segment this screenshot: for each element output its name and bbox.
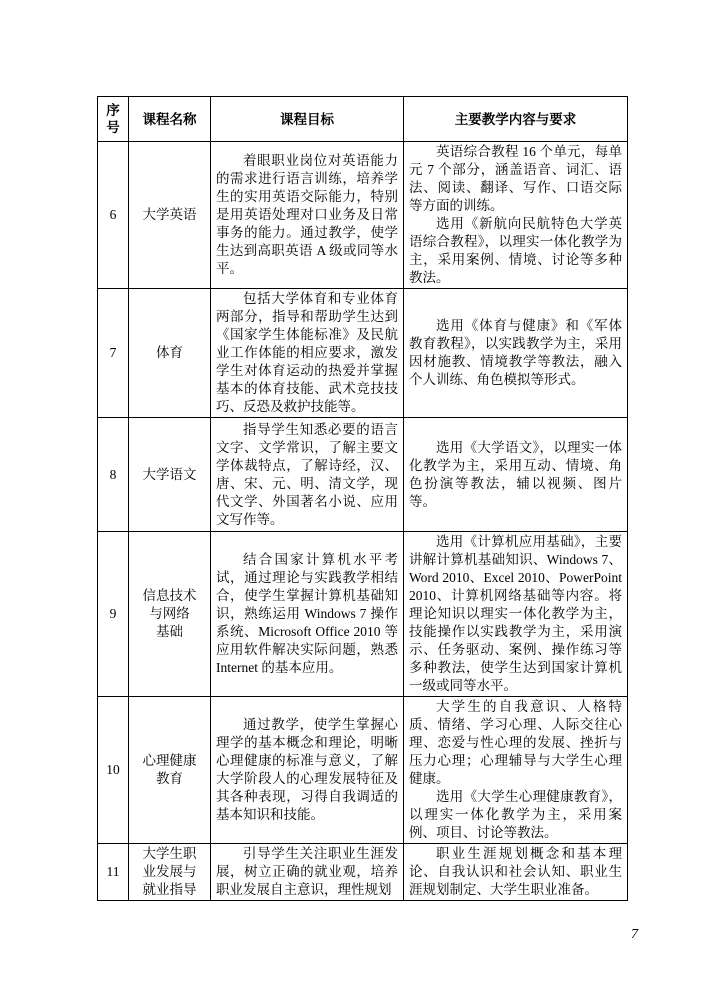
paragraph: 选用《计算机应用基础》，主要讲解计算机基础知识、Windows 7、Word 2… [409, 533, 622, 695]
paragraph: 包括大学体育和专业体育两部分，指导和帮助学生达到《国家学生体能标准》及民航业工作… [216, 290, 398, 416]
row-index: 7 [98, 289, 129, 418]
table-row: 10 心理健康 教育 通过教学，使学生掌握心理学的基本概念和理论，明晰心理健康的… [98, 697, 628, 844]
course-objective: 结合国家计算机水平考试，通过理论与实践教学相结合，使学生掌握计算机基础知识，熟练… [211, 532, 404, 697]
paragraph: 选用《新航向民航特色大学英语综合教程》，以理实一体化教学为主，采用案例、情境、讨… [409, 215, 622, 287]
course-objective: 通过教学，使学生掌握心理学的基本概念和理论，明晰心理健康的标准与意义，了解大学阶… [211, 697, 404, 844]
paragraph: 结合国家计算机水平考试，通过理论与实践教学相结合，使学生掌握计算机基础知识，熟练… [216, 551, 398, 677]
course-content: 英语综合教程 16 个单元，每单元 7 个部分，涵盖语音、词汇、语法、阅读、翻译… [404, 142, 628, 289]
course-content: 选用《计算机应用基础》，主要讲解计算机基础知识、Windows 7、Word 2… [404, 532, 628, 697]
paragraph: 选用《大学生心理健康教育》，以理实一体化教学为主，采用案例、项目、讨论等教法。 [409, 788, 622, 842]
row-index: 6 [98, 142, 129, 289]
row-index: 8 [98, 418, 129, 532]
course-content: 大学生的自我意识、人格特质、情绪、学习心理、人际交往心理、恋爱与性心理的发展、挫… [404, 697, 628, 844]
course-objective: 引导学生关注职业生涯发展，树立正确的就业观，培养职业发展自主意识，理性规划 [211, 844, 404, 901]
course-objective: 包括大学体育和专业体育两部分，指导和帮助学生达到《国家学生体能标准》及民航业工作… [211, 289, 404, 418]
table-row: 6 大学英语 着眼职业岗位对英语能力的需求进行语言训练，培养学生的实用英语交际能… [98, 142, 628, 289]
column-header-course-name: 课程名称 [129, 97, 211, 142]
table-row: 7 体育 包括大学体育和专业体育两部分，指导和帮助学生达到《国家学生体能标准》及… [98, 289, 628, 418]
row-index: 9 [98, 532, 129, 697]
paragraph: 职业生涯规划概念和基本理论、自我认识和社会认知、职业生涯规划制定、大学生职业准备… [409, 845, 622, 899]
row-index: 11 [98, 844, 129, 901]
document-page: 序 号 课程名称 课程目标 主要教学内容与要求 6 大学英语 着眼职业岗位对英语… [0, 0, 722, 1005]
course-objective: 着眼职业岗位对英语能力的需求进行语言训练，培养学生的实用英语交际能力，特别是用英… [211, 142, 404, 289]
page-number: 7 [631, 927, 638, 943]
paragraph: 选用《大学语文》，以理实一体化教学为主，采用互动、情境、角色扮演等教法，辅以视频… [409, 439, 622, 511]
table-header-row: 序 号 课程名称 课程目标 主要教学内容与要求 [98, 97, 628, 142]
course-name: 大学英语 [129, 142, 211, 289]
paragraph: 指导学生知悉必要的语言文字、文学常识，了解主要文学体裁特点，了解诗经，汉、唐、宋… [216, 421, 398, 529]
course-name: 体育 [129, 289, 211, 418]
paragraph: 选用《体育与健康》和《军体教育教程》，以实践教学为主，采用因材施教、情境教学等教… [409, 317, 622, 389]
course-name: 信息技术 与网络 基础 [129, 532, 211, 697]
course-content: 职业生涯规划概念和基本理论、自我认识和社会认知、职业生涯规划制定、大学生职业准备… [404, 844, 628, 901]
course-name: 心理健康 教育 [129, 697, 211, 844]
table-row: 11 大学生职 业发展与 就业指导 引导学生关注职业生涯发展，树立正确的就业观，… [98, 844, 628, 901]
course-name: 大学语文 [129, 418, 211, 532]
table-row: 8 大学语文 指导学生知悉必要的语言文字、文学常识，了解主要文学体裁特点，了解诗… [98, 418, 628, 532]
course-content: 选用《体育与健康》和《军体教育教程》，以实践教学为主，采用因材施教、情境教学等教… [404, 289, 628, 418]
column-header-content: 主要教学内容与要求 [404, 97, 628, 142]
table-row: 9 信息技术 与网络 基础 结合国家计算机水平考试，通过理论与实践教学相结合，使… [98, 532, 628, 697]
course-content: 选用《大学语文》，以理实一体化教学为主，采用互动、情境、角色扮演等教法，辅以视频… [404, 418, 628, 532]
paragraph: 着眼职业岗位对英语能力的需求进行语言训练，培养学生的实用英语交际能力，特别是用英… [216, 152, 398, 278]
paragraph: 大学生的自我意识、人格特质、情绪、学习心理、人际交往心理、恋爱与性心理的发展、挫… [409, 698, 622, 788]
column-header-index: 序 号 [98, 97, 129, 142]
paragraph: 引导学生关注职业生涯发展，树立正确的就业观，培养职业发展自主意识，理性规划 [216, 845, 398, 899]
column-header-objective: 课程目标 [211, 97, 404, 142]
paragraph: 英语综合教程 16 个单元，每单元 7 个部分，涵盖语音、词汇、语法、阅读、翻译… [409, 143, 622, 215]
paragraph: 通过教学，使学生掌握心理学的基本概念和理论，明晰心理健康的标准与意义，了解大学阶… [216, 716, 398, 824]
course-table: 序 号 课程名称 课程目标 主要教学内容与要求 6 大学英语 着眼职业岗位对英语… [97, 96, 628, 901]
course-name: 大学生职 业发展与 就业指导 [129, 844, 211, 901]
course-objective: 指导学生知悉必要的语言文字、文学常识，了解主要文学体裁特点，了解诗经，汉、唐、宋… [211, 418, 404, 532]
row-index: 10 [98, 697, 129, 844]
